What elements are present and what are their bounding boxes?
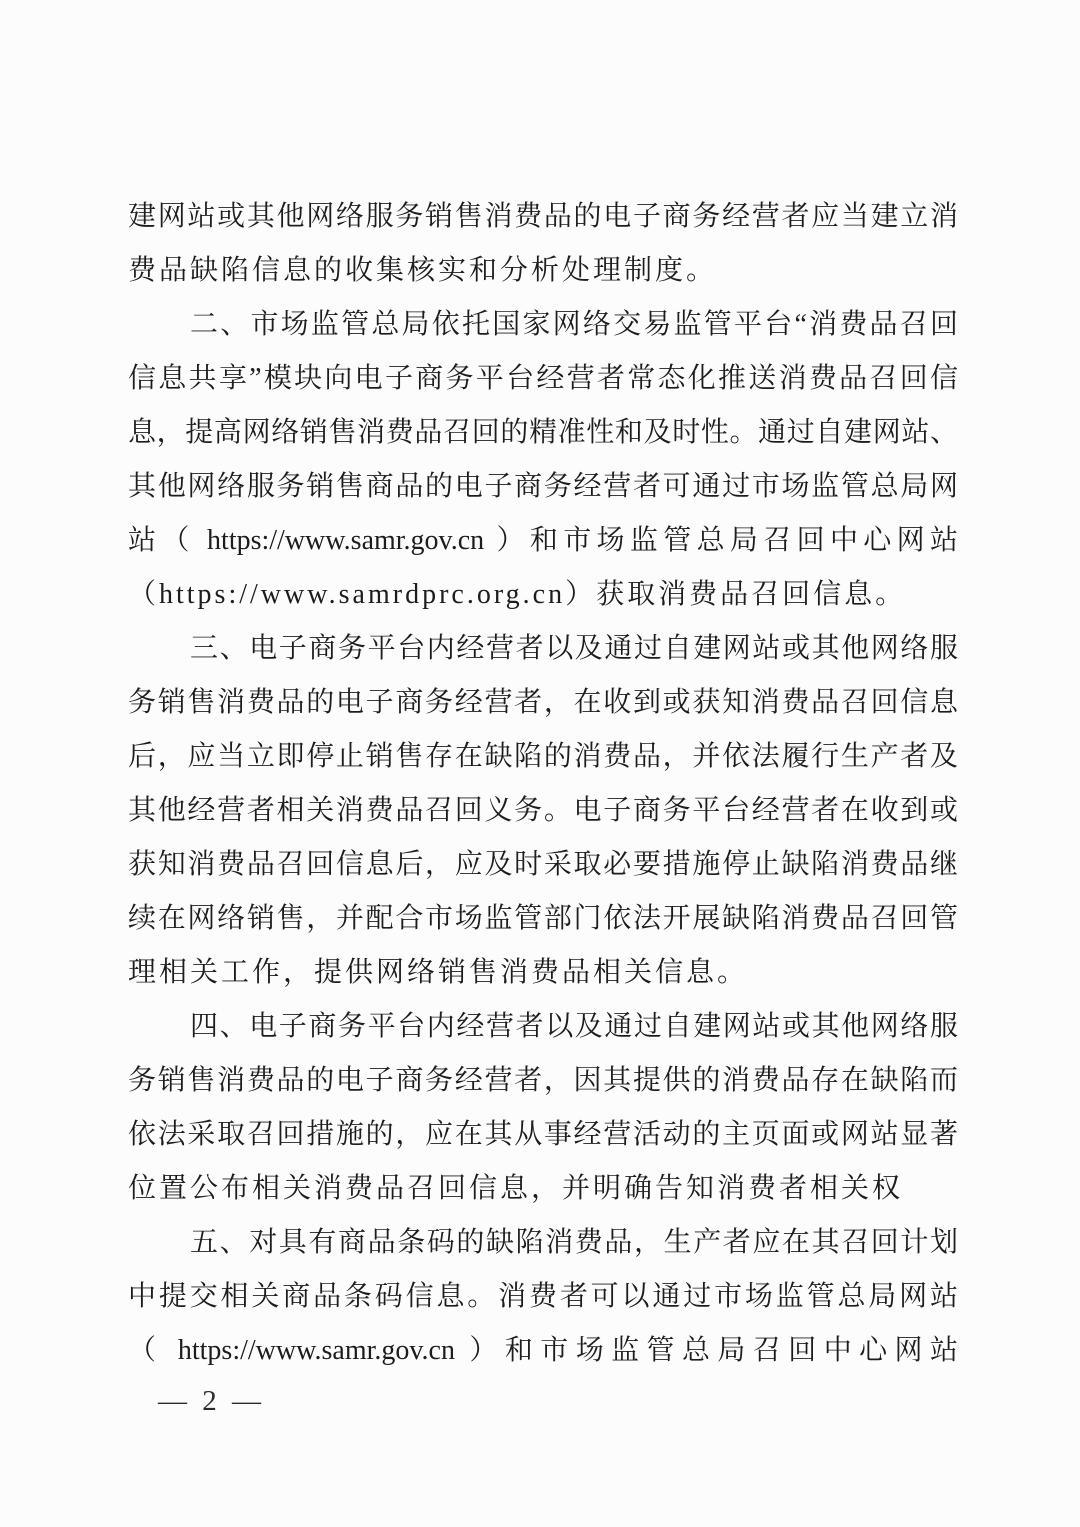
page-number: — 2 — bbox=[158, 1381, 265, 1421]
text-line: 五、对具有商品条码的缺陷消费品，生产者应在其召回计划 bbox=[128, 1216, 958, 1270]
text-line: 位置公布相关消费品召回信息，并明确告知消费者相关权利。 bbox=[128, 1162, 958, 1216]
text-line-with-url: 站（ https://www.samr.gov.cn ）和市场监管总局召回中心网… bbox=[128, 514, 958, 568]
text-line: 信息共享”模块向电子商务平台经营者常态化推送消费品召回信 bbox=[128, 352, 958, 406]
text-line: 务销售消费品的电子商务经营者，因其提供的消费品存在缺陷而 bbox=[128, 1054, 958, 1108]
document-page: 建网站或其他网络服务销售消费品的电子商务经营者应当建立消 费品缺陷信息的收集核实… bbox=[0, 0, 1080, 1527]
text-line: 依法采取召回措施的，应在其从事经营活动的主页面或网站显著 bbox=[128, 1108, 958, 1162]
text-line: 中提交相关商品条码信息。消费者可以通过市场监管总局网站 bbox=[128, 1270, 958, 1324]
text-line: 四、电子商务平台内经营者以及通过自建网站或其他网络服 bbox=[128, 1000, 958, 1054]
text-line: 建网站或其他网络服务销售消费品的电子商务经营者应当建立消 bbox=[128, 190, 958, 244]
text-line: 续在网络销售，并配合市场监管部门依法开展缺陷消费品召回管 bbox=[128, 892, 958, 946]
text-line-with-url: （https://www.samrdprc.org.cn）获取消费品召回信息。 bbox=[128, 568, 958, 622]
text-line: 后，应当立即停止销售存在缺陷的消费品，并依法履行生产者及 bbox=[128, 730, 958, 784]
text-line: 理相关工作，提供网络销售消费品相关信息。 bbox=[128, 946, 958, 1000]
text-line: 其他经营者相关消费品召回义务。电子商务平台经营者在收到或 bbox=[128, 784, 958, 838]
text-line: 务销售消费品的电子商务经营者，在收到或获知消费品召回信息 bbox=[128, 676, 958, 730]
text-line: 二、市场监管总局依托国家网络交易监管平台“消费品召回 bbox=[128, 298, 958, 352]
text-line: 三、电子商务平台内经营者以及通过自建网站或其他网络服 bbox=[128, 622, 958, 676]
text-line: 其他网络服务销售商品的电子商务经营者可通过市场监管总局网 bbox=[128, 460, 958, 514]
text-line-with-url: （ https://www.samr.gov.cn ）和市场监管总局召回中心网站 bbox=[128, 1324, 958, 1378]
document-body: 建网站或其他网络服务销售消费品的电子商务经营者应当建立消 费品缺陷信息的收集核实… bbox=[128, 190, 958, 1378]
text-line: 获知消费品召回信息后，应及时采取必要措施停止缺陷消费品继 bbox=[128, 838, 958, 892]
text-line: 息，提高网络销售消费品召回的精准性和及时性。通过自建网站、 bbox=[128, 406, 958, 460]
text-line: 费品缺陷信息的收集核实和分析处理制度。 bbox=[128, 244, 958, 298]
